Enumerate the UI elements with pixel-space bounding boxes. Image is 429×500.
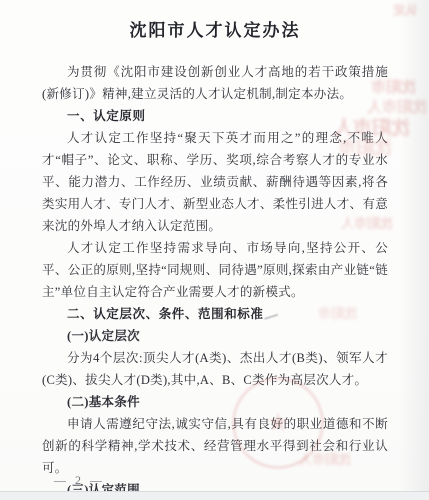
paragraph-principles-2: 人才认定工作坚持需求导向、市场导向,坚持公开、公平、公正的原则,坚持“同规则、同… xyxy=(42,237,388,303)
scan-edge-bottom xyxy=(0,491,429,500)
paragraph-conditions: 申请人需遵纪守法,诚实守信,具有良好的职业道德和不断创新的科学精神,学术技术、经… xyxy=(42,413,388,479)
section-heading-1: 一、认定原则 xyxy=(42,105,388,127)
section-heading-2: 二、认定层次、条件、范围和标准 xyxy=(42,303,388,325)
document-title: 沈阳市人才认定办法 xyxy=(42,18,388,44)
subsection-heading-levels: (一)认定层次 xyxy=(42,325,388,347)
page-number: — 2 — xyxy=(54,473,105,488)
scan-edge-shadow-right xyxy=(399,0,429,491)
red-bleedthrough-text: 认定 xyxy=(393,1,417,18)
subsection-heading-conditions: (二)基本条件 xyxy=(42,391,388,413)
paragraph-principles-1: 人才认定工作坚持“聚天下英才而用之”的理念,不唯人才“帽子”、论文、职称、学历、… xyxy=(42,127,388,237)
paragraph-levels: 分为4个层次:顶尖人才(A类)、杰出人才(B类)、领军人才(C类)、拔尖人才(D… xyxy=(42,347,388,391)
scanned-document-page: 沈阳市人才认定办法 为贯彻《沈阳市建设创新创业人才高地的若干政策措施(新修订)》… xyxy=(0,0,429,491)
document-body: 沈阳市人才认定办法 为贯彻《沈阳市建设创新创业人才高地的若干政策措施(新修订)》… xyxy=(42,14,388,500)
paragraph-preamble: 为贯彻《沈阳市建设创新创业人才高地的若干政策措施(新修订)》精神,建立灵活的人才… xyxy=(42,61,388,105)
